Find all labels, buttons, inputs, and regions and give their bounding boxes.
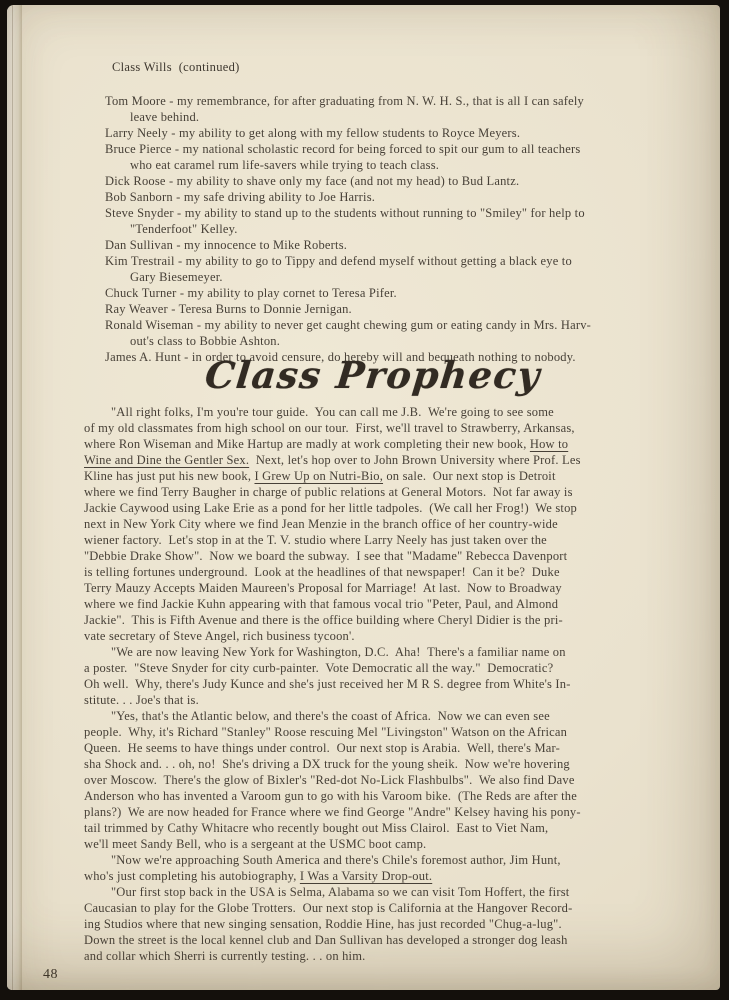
prophecy-line: Jackie". This is Fifth Avenue and there … (84, 612, 676, 628)
text-segment: Anderson who has invented a Varoom gun t… (84, 789, 577, 803)
prophecy-line: Oh well. Why, there's Judy Kunce and she… (84, 676, 676, 692)
will-line: Tom Moore - my remembrance, for after gr… (105, 93, 690, 109)
text-segment: Bob Sanborn - my safe driving ability to… (105, 190, 375, 204)
page-number: 48 (43, 967, 58, 983)
text-segment: "We are now leaving New York for Washing… (111, 645, 566, 659)
prophecy-line: where Ron Wiseman and Mike Hartup are ma… (84, 436, 676, 452)
will-line: Chuck Turner - my ability to play cornet… (105, 285, 690, 301)
text-segment: is telling fortunes underground. Look at… (84, 565, 560, 579)
will-line: Dick Roose - my ability to shave only my… (105, 173, 690, 189)
text-segment: plans?) We are now headed for France whe… (84, 805, 581, 819)
text-segment: of my old classmates from high school on… (84, 421, 575, 435)
will-line: who eat caramel rum life-savers while tr… (105, 157, 690, 173)
prophecy-line: and collar which Sherri is currently tes… (84, 948, 676, 964)
prophecy-line: vate secretary of Steve Angel, rich busi… (84, 628, 676, 644)
will-line: Ray Weaver - Teresa Burns to Donnie Jern… (105, 301, 690, 317)
prophecy-line: "Now we're approaching South America and… (84, 852, 676, 868)
will-line: "Tenderfoot" Kelley. (105, 221, 690, 237)
text-segment: Larry Neely - my ability to get along wi… (105, 126, 520, 140)
class-wills-heading: Class Wills (continued) (112, 60, 240, 75)
prophecy-line: Kline has just put his new book, I Grew … (84, 468, 676, 484)
text-segment: Jackie Caywood using Lake Erie as a pond… (84, 501, 577, 515)
prophecy-line: stitute. . . Joe's that is. (84, 692, 676, 708)
text-segment: Jackie". This is Fifth Avenue and there … (84, 613, 563, 627)
text-segment: "Now we're approaching South America and… (111, 853, 561, 867)
text-segment: we'll meet Sandy Bell, who is a sergeant… (84, 837, 426, 851)
will-line: leave behind. (105, 109, 690, 125)
prophecy-line: Wine and Dine the Gentler Sex. Next, let… (84, 452, 676, 468)
will-line: out's class to Bobbie Ashton. (105, 333, 690, 349)
class-wills-list: Tom Moore - my remembrance, for after gr… (105, 93, 690, 365)
text-segment: "All right folks, I'm you're tour guide.… (111, 405, 554, 419)
text-segment: stitute. . . Joe's that is. (84, 693, 199, 707)
text-segment: Bruce Pierce - my national scholastic re… (105, 142, 580, 156)
text-segment: Ronald Wiseman - my ability to never get… (105, 318, 591, 332)
class-prophecy-title: Class Prophecy (75, 353, 672, 397)
text-segment: Kim Trestrail - my ability to go to Tipp… (105, 254, 572, 268)
text-segment: Chuck Turner - my ability to play cornet… (105, 286, 397, 300)
underlined-book-title: How to (530, 437, 568, 451)
will-line: Dan Sullivan - my innocence to Mike Robe… (105, 237, 690, 253)
text-segment: ing Studios where that new singing sensa… (84, 917, 562, 931)
prophecy-line: "All right folks, I'm you're tour guide.… (84, 404, 676, 420)
text-segment: on sale. Our next stop is Detroit (383, 469, 556, 483)
text-segment: leave behind. (130, 110, 199, 124)
prophecy-line: where we find Jackie Kuhn appearing with… (84, 596, 676, 612)
prophecy-line: where we find Terry Baugher in charge of… (84, 484, 676, 500)
prophecy-line: tail trimmed by Cathy Whitacre who recen… (84, 820, 676, 836)
prophecy-line: Jackie Caywood using Lake Erie as a pond… (84, 500, 676, 516)
text-segment: where we find Jackie Kuhn appearing with… (84, 597, 558, 611)
prophecy-line: is telling fortunes underground. Look at… (84, 564, 676, 580)
text-segment: out's class to Bobbie Ashton. (130, 334, 280, 348)
prophecy-line: Terry Mauzy Accepts Maiden Maureen's Pro… (84, 580, 676, 596)
text-segment: Ray Weaver - Teresa Burns to Donnie Jern… (105, 302, 352, 316)
text-segment: Gary Biesemeyer. (130, 270, 223, 284)
text-segment: sha Shock and. . . oh, no! She's driving… (84, 757, 570, 771)
text-segment: Oh well. Why, there's Judy Kunce and she… (84, 677, 571, 691)
text-segment: Tom Moore - my remembrance, for after gr… (105, 94, 584, 108)
prophecy-line: sha Shock and. . . oh, no! She's driving… (84, 756, 676, 772)
text-segment: Steve Snyder - my ability to stand up to… (105, 206, 585, 220)
text-segment: vate secretary of Steve Angel, rich busi… (84, 629, 355, 643)
text-segment: a poster. "Steve Snyder for city curb-pa… (84, 661, 553, 675)
text-segment: and collar which Sherri is currently tes… (84, 949, 365, 963)
text-segment: Dan Sullivan - my innocence to Mike Robe… (105, 238, 347, 252)
prophecy-line: a poster. "Steve Snyder for city curb-pa… (84, 660, 676, 676)
prophecy-line: "We are now leaving New York for Washing… (84, 644, 676, 660)
will-line: Gary Biesemeyer. (105, 269, 690, 285)
text-segment: Down the street is the local kennel club… (84, 933, 568, 947)
text-segment: Queen. He seems to have things under con… (84, 741, 560, 755)
prophecy-line: of my old classmates from high school on… (84, 420, 676, 436)
underlined-book-title: I Was a Varsity Drop-out. (300, 869, 432, 883)
text-segment: "Our first stop back in the USA is Selma… (111, 885, 569, 899)
text-segment: where Ron Wiseman and Mike Hartup are ma… (84, 437, 530, 451)
will-line: Bruce Pierce - my national scholastic re… (105, 141, 690, 157)
text-segment: "Tenderfoot" Kelley. (130, 222, 238, 236)
prophecy-line: people. Why, it's Richard "Stanley" Roos… (84, 724, 676, 740)
scanned-yearbook-page: Class Wills (continued) Tom Moore - my r… (7, 5, 720, 990)
underlined-book-title: I Grew Up on Nutri-Bio, (254, 469, 383, 483)
page-crease-line (12, 5, 13, 990)
page-gutter-edge (7, 5, 22, 990)
text-segment: Next, let's hop over to John Brown Unive… (249, 453, 580, 467)
text-segment: people. Why, it's Richard "Stanley" Roos… (84, 725, 567, 739)
text-segment: where we find Terry Baugher in charge of… (84, 485, 573, 499)
text-segment: next in New York City where we find Jean… (84, 517, 558, 531)
class-prophecy-text: "All right folks, I'm you're tour guide.… (84, 404, 676, 964)
prophecy-line: Anderson who has invented a Varoom gun t… (84, 788, 676, 804)
text-segment: who's just completing his autobiography, (84, 869, 300, 883)
prophecy-line: ing Studios where that new singing sensa… (84, 916, 676, 932)
will-line: Larry Neely - my ability to get along wi… (105, 125, 690, 141)
prophecy-line: next in New York City where we find Jean… (84, 516, 676, 532)
prophecy-line: plans?) We are now headed for France whe… (84, 804, 676, 820)
text-segment: "Yes, that's the Atlantic below, and the… (111, 709, 550, 723)
prophecy-line: Caucasian to play for the Globe Trotters… (84, 900, 676, 916)
text-segment: wiener factory. Let's stop in at the T. … (84, 533, 547, 547)
text-segment: tail trimmed by Cathy Whitacre who recen… (84, 821, 548, 835)
text-segment: who eat caramel rum life-savers while tr… (130, 158, 439, 172)
text-segment: over Moscow. There's the glow of Bixler'… (84, 773, 575, 787)
prophecy-line: Queen. He seems to have things under con… (84, 740, 676, 756)
will-line: Bob Sanborn - my safe driving ability to… (105, 189, 690, 205)
text-segment: Kline has just put his new book, (84, 469, 254, 483)
text-segment: "Debbie Drake Show". Now we board the su… (84, 549, 567, 563)
prophecy-line: "Yes, that's the Atlantic below, and the… (84, 708, 676, 724)
prophecy-line: we'll meet Sandy Bell, who is a sergeant… (84, 836, 676, 852)
text-segment: Dick Roose - my ability to shave only my… (105, 174, 519, 188)
will-line: Kim Trestrail - my ability to go to Tipp… (105, 253, 690, 269)
prophecy-line: who's just completing his autobiography,… (84, 868, 676, 884)
prophecy-line: wiener factory. Let's stop in at the T. … (84, 532, 676, 548)
text-segment: Terry Mauzy Accepts Maiden Maureen's Pro… (84, 581, 562, 595)
will-line: Ronald Wiseman - my ability to never get… (105, 317, 690, 333)
prophecy-line: "Our first stop back in the USA is Selma… (84, 884, 676, 900)
text-segment: Caucasian to play for the Globe Trotters… (84, 901, 572, 915)
prophecy-line: over Moscow. There's the glow of Bixler'… (84, 772, 676, 788)
will-line: Steve Snyder - my ability to stand up to… (105, 205, 690, 221)
underlined-book-title: Wine and Dine the Gentler Sex. (84, 453, 249, 467)
prophecy-line: "Debbie Drake Show". Now we board the su… (84, 548, 676, 564)
prophecy-line: Down the street is the local kennel club… (84, 932, 676, 948)
